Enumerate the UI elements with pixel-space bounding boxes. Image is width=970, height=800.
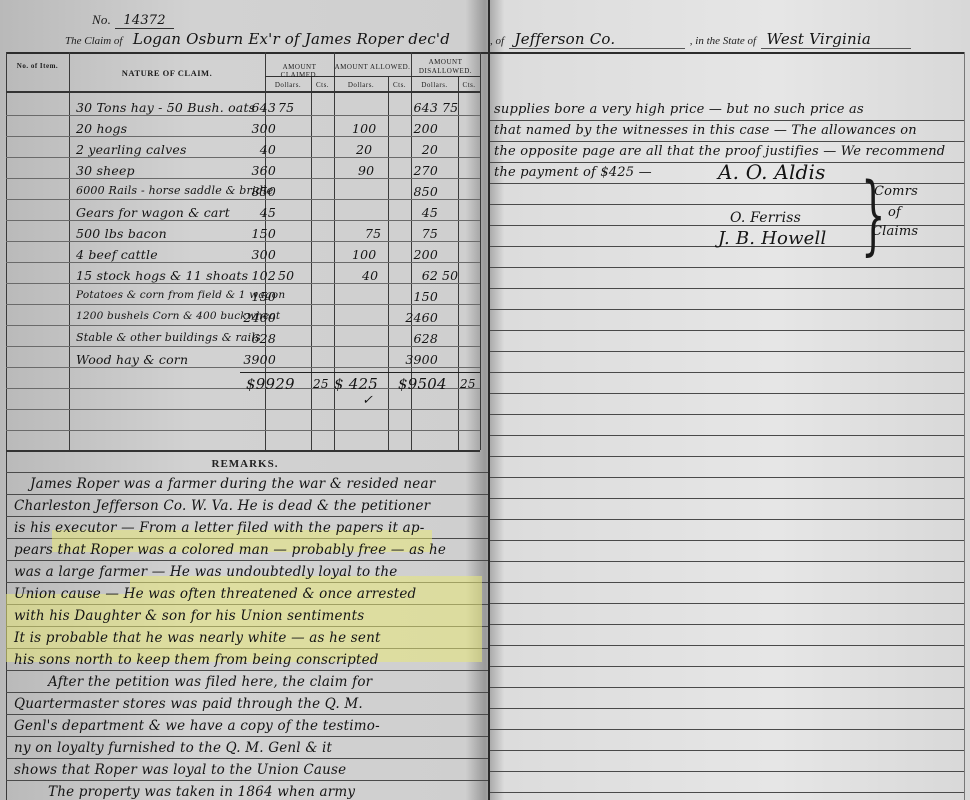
- page-rule: [490, 477, 964, 478]
- disallowed-dollars: 200: [414, 121, 438, 136]
- remarks-line: James Roper was a farmer during the war …: [30, 476, 435, 492]
- remarks-rule: [6, 516, 488, 517]
- header-amount-allowed: AMOUNT ALLOWED.: [334, 63, 411, 71]
- allowed-dollars: 20: [356, 142, 372, 157]
- table-bottom-rule: [6, 450, 480, 452]
- remarks-line: Union cause — He was often threatened & …: [14, 586, 416, 602]
- role-commissioners: Comrs: [874, 184, 918, 199]
- page-rule: [490, 393, 964, 394]
- item-description: Gears for wagon & cart: [76, 205, 230, 220]
- continuation-line: supplies bore a very high price — but no…: [494, 102, 864, 117]
- page-rule: [490, 708, 964, 709]
- continuation-line: the payment of $425 —: [494, 165, 652, 180]
- header-allowed-dollars: Dollars.: [334, 81, 388, 89]
- page-rule: [490, 771, 964, 772]
- table-row: 500 lbs bacon 150 75 75: [0, 226, 490, 247]
- item-description: 15 stock hogs & 11 shoats: [76, 268, 248, 283]
- table-row: 4 beef cattle 300 100 200: [0, 247, 490, 268]
- allowed-dollars: 75: [365, 226, 381, 241]
- table-row: 20 hogs 300 100 200: [0, 121, 490, 142]
- signature-ferriss: O. Ferriss: [730, 210, 801, 226]
- disallowed-dollars: 62: [422, 268, 438, 283]
- page-rule: [490, 582, 964, 583]
- grid-line: [6, 91, 480, 93]
- allowed-dollars: 40: [362, 268, 378, 283]
- table-row: 30 Tons hay - 50 Bush. oats 643 75 643 7…: [0, 100, 490, 121]
- page-rule: [490, 120, 964, 121]
- claim-number-value: 14372: [115, 13, 173, 29]
- signature-aldis: A. O. Aldis: [718, 160, 826, 184]
- remarks-line: is his executor — From a letter filed wi…: [14, 520, 425, 536]
- claimed-dollars: 150: [252, 289, 276, 304]
- claim-title-line: The Claim of Logan Osburn Ex'r of James …: [65, 30, 456, 48]
- page-rule: [490, 750, 964, 751]
- table-row: 15 stock hogs & 11 shoats 102 50 40 62 5…: [0, 268, 490, 289]
- continuation-line: that named by the witnesses in this case…: [494, 123, 917, 138]
- claimed-dollars: 628: [252, 331, 276, 346]
- remarks-heading: REMARKS.: [0, 458, 490, 470]
- county-name: Jefferson Co.: [509, 30, 686, 49]
- state-label: , in the State of: [690, 35, 756, 47]
- disallowed-dollars: 200: [414, 247, 438, 262]
- page-rule: [490, 519, 964, 520]
- check-mark-icon: ✓: [362, 393, 373, 408]
- remarks-line: The property was taken in 1864 when army: [48, 784, 355, 800]
- claim-location-line: , of Jefferson Co. , in the State of Wes…: [490, 30, 911, 48]
- page-rule: [490, 414, 964, 415]
- disallowed-cents: 50: [442, 268, 458, 283]
- page-rule: [490, 267, 964, 268]
- page-rule: [490, 666, 964, 667]
- item-description: 500 lbs bacon: [76, 226, 167, 241]
- item-description: 20 hogs: [76, 121, 127, 136]
- item-description: Stable & other buildings & rails: [76, 331, 261, 344]
- remarks-line: shows that Roper was loyal to the Union …: [14, 762, 346, 778]
- item-description: 30 Tons hay - 50 Bush. oats: [76, 100, 255, 115]
- claimed-dollars: 850: [252, 184, 276, 199]
- claim-of-label: The Claim of: [65, 35, 122, 47]
- document-spread: No. 14372 The Claim of Logan Osburn Ex'r…: [0, 0, 970, 800]
- page-rule: [490, 498, 964, 499]
- page-rule: [490, 141, 964, 142]
- claimant-name: Logan Osburn Ex'r of James Roper dec'd: [127, 30, 456, 48]
- claim-number: No. 14372: [92, 12, 174, 28]
- table-row: 30 sheep 360 90 270: [0, 163, 490, 184]
- disallowed-dollars: 75: [422, 226, 438, 241]
- total-claimed-dollars: $9929: [246, 375, 295, 393]
- of-label: , of: [490, 35, 504, 47]
- header-allowed-cts: Cts.: [388, 81, 411, 89]
- table-row: Stable & other buildings & rails 628 628: [0, 331, 490, 352]
- remarks-line: his sons north to keep them from being c…: [14, 652, 379, 668]
- remarks-rule: [6, 692, 488, 693]
- table-row: Gears for wagon & cart 45 45: [0, 205, 490, 226]
- claimed-dollars: 3900: [243, 352, 276, 367]
- disallowed-dollars: 270: [414, 163, 438, 178]
- header-item-no: No. of Item.: [6, 62, 69, 70]
- disallowed-dollars: 850: [414, 184, 438, 199]
- header-claimed-cts: Cts.: [311, 81, 334, 89]
- claimed-dollars: 300: [252, 247, 276, 262]
- page-rule: [490, 561, 964, 562]
- remarks-rule: [6, 758, 488, 759]
- table-row: 1200 bushels Corn & 400 buckwheat 2460 2…: [0, 310, 490, 331]
- remarks-line: Genl's department & we have a copy of th…: [14, 718, 380, 734]
- item-description: 2 yearling calves: [76, 142, 187, 157]
- totals-row: $9929 25 $ 425 ✓ $9504 25: [0, 375, 490, 396]
- table-row: Potatoes & corn from field & 1 wagon 150…: [0, 289, 490, 310]
- continuation-line: the opposite page are all that the proof…: [494, 144, 945, 159]
- allowed-dollars: 100: [352, 247, 376, 262]
- total-disallowed-dollars: $9504: [398, 375, 447, 393]
- claimed-dollars: 150: [252, 226, 276, 241]
- state-name: West Virginia: [761, 30, 912, 49]
- disallowed-dollars: 643: [414, 100, 438, 115]
- remarks-rule: [6, 560, 488, 561]
- page-rule: [490, 372, 964, 373]
- item-description: Wood hay & corn: [76, 352, 188, 367]
- claimed-cents: 50: [278, 268, 294, 283]
- header-amount-disallowed: AMOUNT DISALLOWED.: [411, 58, 480, 76]
- total-disallowed-cents: 25: [460, 377, 476, 391]
- page-rule: [490, 309, 964, 310]
- header-disallowed-dollars: Dollars.: [411, 81, 458, 89]
- header-rule: [6, 52, 964, 54]
- remarks-line: pears that Roper was a colored man — pro…: [14, 542, 446, 558]
- page-rule: [490, 624, 964, 625]
- item-description: 6000 Rails - horse saddle & bridle: [76, 184, 273, 197]
- disallowed-dollars: 150: [414, 289, 438, 304]
- disallowed-dollars: 628: [414, 331, 438, 346]
- header-disallowed-cts: Cts.: [458, 81, 480, 89]
- remarks-rule: [6, 670, 488, 671]
- claimed-dollars: 40: [260, 142, 276, 157]
- page-rule: [490, 687, 964, 688]
- page-rule: [490, 351, 964, 352]
- page-rule: [490, 645, 964, 646]
- signature-howell: J. B. Howell: [718, 228, 826, 249]
- page-rule: [490, 456, 964, 457]
- disallowed-cents: 75: [442, 100, 458, 115]
- allowed-dollars: 100: [352, 121, 376, 136]
- disallowed-dollars: 2460: [405, 310, 438, 325]
- disallowed-dollars: 20: [422, 142, 438, 157]
- total-claimed-cents: 25: [313, 377, 329, 391]
- claimed-dollars: 300: [252, 121, 276, 136]
- page-rule: [490, 330, 964, 331]
- claim-number-prefix: No.: [92, 12, 111, 27]
- page-rule: [490, 792, 964, 793]
- row-rule: [6, 430, 480, 431]
- role-claims: Claims: [872, 224, 918, 239]
- remarks-rule: [6, 472, 488, 473]
- table-row: 6000 Rails - horse saddle & bridle 850 8…: [0, 184, 490, 205]
- row-rule: [6, 409, 480, 410]
- claimed-dollars: 643: [252, 100, 276, 115]
- table-row: 2 yearling calves 40 20 20: [0, 142, 490, 163]
- table-row: Wood hay & corn 3900 3900: [0, 352, 490, 373]
- remarks-rule: [6, 736, 488, 737]
- claimed-dollars: 45: [260, 205, 276, 220]
- remarks-line: with his Daughter & son for his Union se…: [14, 608, 364, 624]
- claimed-dollars: 360: [252, 163, 276, 178]
- remarks-rule: [6, 780, 488, 781]
- claimed-dollars: 102: [252, 268, 276, 283]
- total-allowed-dollars: $ 425: [334, 375, 378, 393]
- remarks-line: Charleston Jefferson Co. W. Va. He is de…: [14, 498, 430, 514]
- header-claimed-dollars: Dollars.: [265, 81, 311, 89]
- header-nature-of-claim: NATURE OF CLAIM.: [69, 68, 265, 78]
- remarks-line: ny on loyalty furnished to the Q. M. Gen…: [14, 740, 332, 756]
- remarks-rule: [6, 714, 488, 715]
- remarks-line: It is probable that he was nearly white …: [14, 630, 381, 646]
- item-description: 4 beef cattle: [76, 247, 158, 262]
- claimed-dollars: 2460: [243, 310, 276, 325]
- page-edge: [964, 52, 965, 800]
- page-rule: [490, 288, 964, 289]
- claimed-cents: 75: [278, 100, 294, 115]
- role-of: of: [888, 205, 901, 220]
- remarks-rule: [6, 494, 488, 495]
- disallowed-dollars: 3900: [405, 352, 438, 367]
- page-rule: [490, 603, 964, 604]
- remarks-line: was a large farmer — He was undoubtedly …: [14, 564, 397, 580]
- page-rule: [490, 540, 964, 541]
- header-amount-claimed: AMOUNT CLAIMED.: [265, 63, 334, 79]
- page-rule: [490, 729, 964, 730]
- remarks-line: After the petition was filed here, the c…: [48, 674, 372, 690]
- allowed-dollars: 90: [358, 163, 374, 178]
- page-rule: [490, 435, 964, 436]
- disallowed-dollars: 45: [422, 205, 438, 220]
- item-description: 30 sheep: [76, 163, 135, 178]
- remarks-line: Quartermaster stores was paid through th…: [14, 696, 363, 712]
